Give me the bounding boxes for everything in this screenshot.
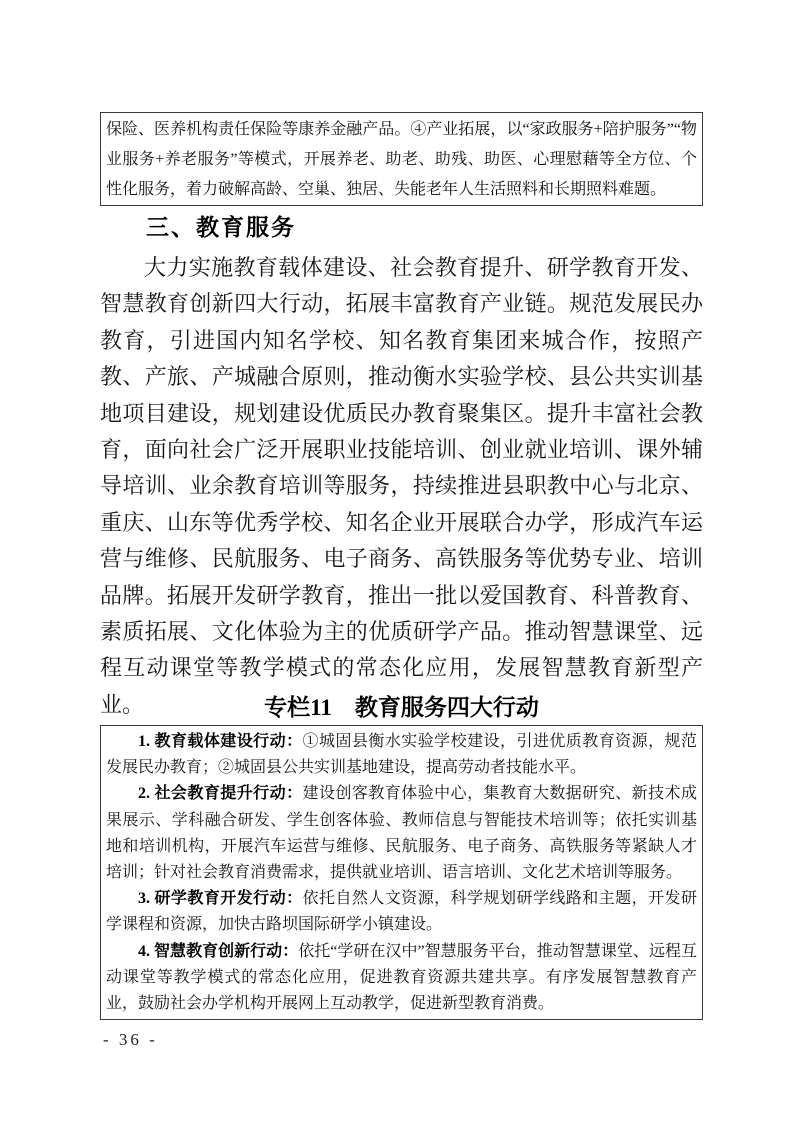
- column-item-4: 4. 智慧教育创新行动：依托“学研在汉中”智慧服务平台，推动智慧课堂、远程互动课…: [106, 939, 697, 1018]
- column-item-4-label: 4. 智慧教育创新行动：: [138, 943, 298, 960]
- column-item-1: 1. 教育载体建设行动：①城固县衡水实验学校建设，引进优质教育资源，规范发展民办…: [106, 729, 697, 781]
- column-item-3: 3. 研学教育开发行动：依托自然人文资源，科学规划研学线路和主题，开发研学课程和…: [106, 886, 697, 938]
- column-item-2-label: 2. 社会教育提升行动：: [138, 785, 303, 802]
- column-box-title: 专栏11 教育服务四大行动: [100, 693, 703, 723]
- carryover-text: 保险、医养机构责任保险等康养金融产品。④产业拓展，以“家政服务+陪护服务”“物业…: [106, 115, 697, 205]
- page-number: - 36 -: [103, 1030, 158, 1050]
- section-paragraph: 大力实施教育载体建设、社会教育提升、研学教育开发、智慧教育创新四大行动，拓展丰富…: [100, 250, 703, 723]
- column-item-1-label: 1. 教育载体建设行动：: [138, 733, 303, 750]
- column-box: 1. 教育载体建设行动：①城固县衡水实验学校建设，引进优质教育资源，规范发展民办…: [100, 725, 703, 1020]
- document-page: 保险、医养机构责任保险等康养金融产品。④产业拓展，以“家政服务+陪护服务”“物业…: [0, 0, 793, 1122]
- column-item-3-label: 3. 研学教育开发行动：: [138, 890, 303, 907]
- column-item-2: 2. 社会教育提升行动：建设创客教育体验中心，集教育大数据研究、新技术成果展示、…: [106, 781, 697, 886]
- section-heading: 三、教育服务: [100, 212, 703, 244]
- carryover-text-box: 保险、医养机构责任保险等康养金融产品。④产业拓展，以“家政服务+陪护服务”“物业…: [100, 112, 703, 206]
